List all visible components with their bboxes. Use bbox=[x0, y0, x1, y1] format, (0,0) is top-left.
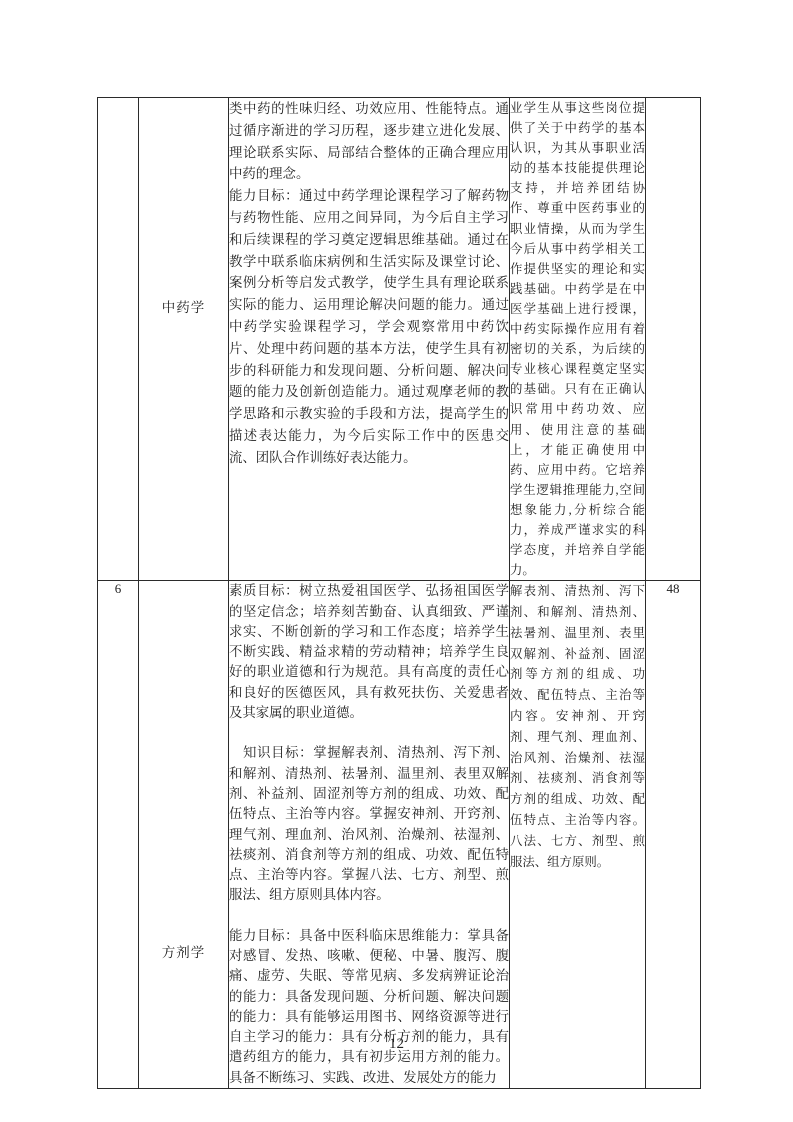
cell-course-objectives: 素质目标：树立热爱祖国医学、弘扬祖国医学的坚定信念；培养刻苦勤奋、认真细致、严谨… bbox=[229, 581, 510, 1089]
course-name: 方剂学 bbox=[139, 581, 228, 961]
objectives-paragraph: 素质目标：树立热爱祖国医学、弘扬祖国医学的坚定信念；培养刻苦勤奋、认真细致、严谨… bbox=[229, 581, 509, 723]
cell-course-objectives: 类中药的性味归经、功效应用、性能特点。通过循序渐进的学习历程，逐步建立进化发展、… bbox=[229, 98, 510, 581]
course-name: 中药学 bbox=[139, 98, 228, 316]
objectives-paragraph: 能力目标：具备中医科临床思维能力：掌具备对感冒、发热、咳嗽、便秘、中暑、腹泻、腹… bbox=[229, 926, 509, 1088]
objectives-paragraph: 能力目标：通过中药学理论课程学习了解药物与药物性能、应用之间异同，为今后自主学习… bbox=[229, 185, 509, 468]
description-paragraph: 业学生从事这些岗位提供了关于中药学的基本认识，为其从事职业活动的基本技能提供理论… bbox=[510, 98, 645, 580]
cell-course-name: 方剂学 bbox=[139, 581, 229, 1089]
cell-row-number: 6 bbox=[98, 581, 139, 1089]
cell-course-hours bbox=[646, 98, 701, 581]
hours-value: 48 bbox=[667, 581, 680, 596]
cell-course-description: 业学生从事这些岗位提供了关于中药学的基本认识，为其从事职业活动的基本技能提供理论… bbox=[510, 98, 646, 581]
row-number-value: 6 bbox=[115, 581, 122, 596]
cell-course-description: 解表剂、清热剂、泻下剂、和解剂、清热剂、祛暑剂、温里剂、表里双解剂、补益剂、固涩… bbox=[510, 581, 646, 1089]
document-page: 中药学 类中药的性味归经、功效应用、性能特点。通过循序渐进的学习历程，逐步建立进… bbox=[0, 0, 793, 1122]
objectives-paragraph: 知识目标：掌握解表剂、清热剂、泻下剂、和解剂、清热剂、祛暑剂、温里剂、表里双解剂… bbox=[229, 743, 509, 905]
table-row-zhongyaoxue: 中药学 类中药的性味归经、功效应用、性能特点。通过循序渐进的学习历程，逐步建立进… bbox=[98, 98, 701, 581]
cell-row-number bbox=[98, 98, 139, 581]
page-number: 12 bbox=[0, 1036, 793, 1053]
cell-course-name: 中药学 bbox=[139, 98, 229, 581]
description-paragraph: 解表剂、清热剂、泻下剂、和解剂、清热剂、祛暑剂、温里剂、表里双解剂、补益剂、固涩… bbox=[510, 581, 645, 872]
curriculum-table: 中药学 类中药的性味归经、功效应用、性能特点。通过循序渐进的学习历程，逐步建立进… bbox=[97, 97, 701, 1089]
table-row-fangjixue: 6 方剂学 素质目标：树立热爱祖国医学、弘扬祖国医学的坚定信念；培养刻苦勤奋、认… bbox=[98, 581, 701, 1089]
objectives-paragraph: 类中药的性味归经、功效应用、性能特点。通过循序渐进的学习历程，逐步建立进化发展、… bbox=[229, 98, 509, 185]
cell-course-hours: 48 bbox=[646, 581, 701, 1089]
